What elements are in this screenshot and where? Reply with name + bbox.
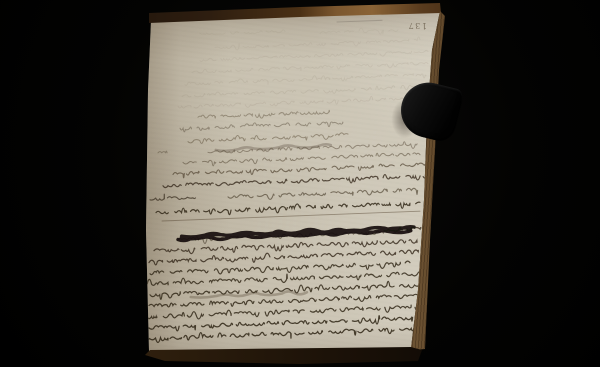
ink-stroke (145, 272, 424, 286)
ink-stroke (149, 316, 413, 331)
ink-stroke (215, 37, 420, 50)
ink-stroke (188, 133, 348, 144)
ink-stroke (178, 227, 414, 241)
ink-stroke (158, 151, 167, 153)
ink-stroke (337, 20, 382, 22)
handwriting-ink-layer (0, 0, 600, 367)
ink-stroke (150, 194, 196, 200)
ink-stroke (149, 294, 419, 307)
ink-stroke (200, 30, 285, 35)
ink-stroke (173, 163, 425, 178)
ink-stroke (178, 96, 420, 108)
page-number: 137 (404, 20, 430, 30)
ink-stroke (192, 62, 428, 73)
ink-stroke (200, 51, 428, 62)
ink-stroke (228, 188, 418, 199)
ink-stroke (163, 175, 428, 188)
ink-stroke (180, 122, 343, 132)
ink-stroke (154, 240, 417, 254)
ink-stroke (144, 328, 414, 342)
ink-stroke (185, 74, 426, 86)
ink-stroke (182, 85, 426, 97)
ink-stroke (198, 110, 330, 118)
photo-canvas: 137 (0, 0, 600, 367)
ink-stroke (162, 211, 420, 221)
handwriting-strokes (144, 20, 428, 342)
ink-stroke (150, 261, 410, 275)
ink-stroke (183, 153, 420, 166)
ink-stroke (320, 28, 398, 34)
